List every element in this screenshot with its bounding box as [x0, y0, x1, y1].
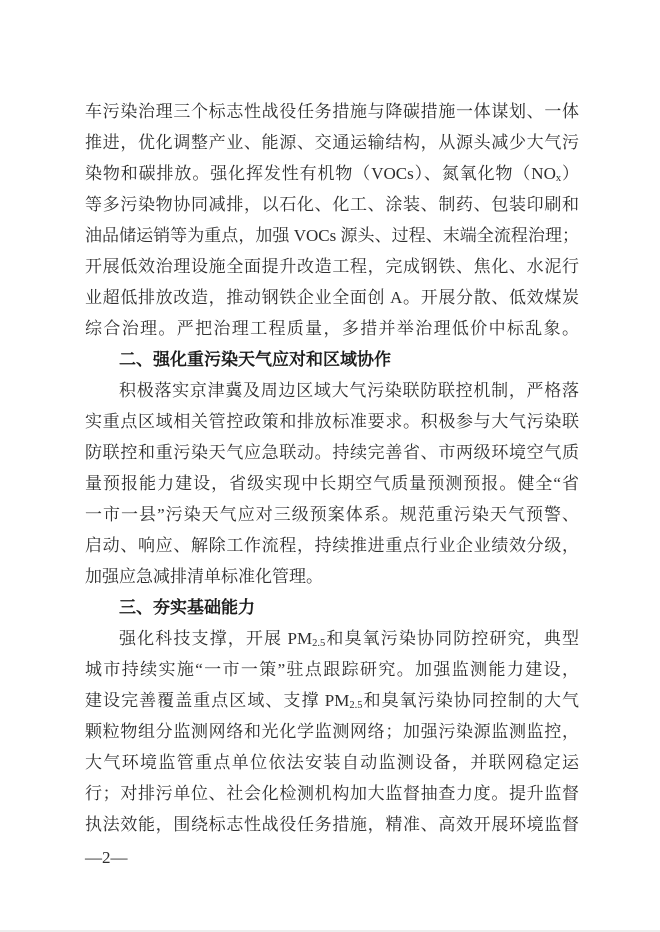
heading-line: 三、夯实基础能力	[85, 592, 579, 623]
paragraph: 积极落实京津冀及周边区域大气污染联防联控机制，严格落实重点区域相关管控政策和排放…	[85, 375, 579, 592]
text-segment: 建设完善覆盖重点区域、支撑 PM	[85, 691, 349, 710]
paragraph: 强化科技支撑，开展 PM2.5和臭氧污染协同防控研究，典型城市持续实施“一市一策…	[85, 623, 579, 840]
text-segment: 量预报能力建设，省级实现中长期空气质量预测预报。健全“省	[85, 474, 579, 493]
paragraph: 车污染治理三个标志性战役任务措施与降碳措施一体谋划、一体推进，优化调整产业、能源…	[85, 96, 579, 344]
section-heading: 二、强化重污染天气应对和区域协作	[85, 344, 579, 375]
text-segment: 强化科技支撑，开展 PM	[119, 629, 312, 648]
text-segment: 启动、响应、解除工作流程，持续推进重点行业企业绩效分级，	[85, 536, 579, 555]
text-line: 建设完善覆盖重点区域、支撑 PM2.5和臭氧污染协同控制的大气	[85, 685, 579, 716]
text-segment: 城市持续实施“一市一策”驻点跟踪研究。加强监测能力建设，	[85, 660, 579, 679]
text-segment: 等多污染物协同减排，以石化、化工、涂装、制药、包装印刷和	[85, 195, 579, 214]
text-segment: 和臭氧污染协同控制的大气	[363, 691, 579, 710]
document-body: 车污染治理三个标志性战役任务措施与降碳措施一体谋划、一体推进，优化调整产业、能源…	[85, 96, 579, 873]
text-segment: 执法效能，围绕标志性战役任务措施，精准、高效开展环境监督	[85, 815, 579, 834]
heading-line: 二、强化重污染天气应对和区域协作	[85, 344, 579, 375]
text-line: 量预报能力建设，省级实现中长期空气质量预测预报。健全“省	[85, 468, 579, 499]
text-line: 业超低排放改造，推动钢铁企业全面创 A。开展分散、低效煤炭	[85, 282, 579, 313]
text-segment: 推进，优化调整产业、能源、交通运输结构，从源头减少大气污	[85, 133, 579, 152]
text-line: 染物和碳排放。强化挥发性有机物（VOCs）、氮氧化物（NOx）	[85, 158, 579, 189]
text-line: 大气环境监管重点单位依法安装自动监测设备，并联网稳定运	[85, 747, 579, 778]
text-segment: 颗粒物组分监测网络和光化学监测网络；加强污染源监测监控，	[85, 722, 579, 741]
text-line: 加强应急减排清单标准化管理。	[85, 561, 579, 592]
text-segment: 行；对排污单位、社会化检测机构加大监督抽查力度。提升监督	[85, 784, 579, 803]
text-line: 防联控和重污染天气应急联动。持续完善省、市两级环境空气质	[85, 437, 579, 468]
text-segment: ）	[561, 164, 579, 183]
text-line: 行；对排污单位、社会化检测机构加大监督抽查力度。提升监督	[85, 778, 579, 809]
text-segment: 一市一县”污染天气应对三级预案体系。规范重污染天气预警、	[85, 505, 579, 524]
subscript: x	[556, 173, 561, 184]
text-line: 积极落实京津冀及周边区域大气污染联防联控机制，严格落	[85, 375, 579, 406]
text-line: 综合治理。严把治理工程质量，多措并举治理低价中标乱象。	[85, 313, 579, 344]
text-line: 执法效能，围绕标志性战役任务措施，精准、高效开展环境监督	[85, 809, 579, 840]
text-line: 推进，优化调整产业、能源、交通运输结构，从源头减少大气污	[85, 127, 579, 158]
section-heading: 三、夯实基础能力	[85, 592, 579, 623]
subscript: 2.5	[312, 638, 325, 649]
text-line: 车污染治理三个标志性战役任务措施与降碳措施一体谋划、一体	[85, 96, 579, 127]
text-line: 城市持续实施“一市一策”驻点跟踪研究。加强监测能力建设，	[85, 654, 579, 685]
text-line: 开展低效治理设施全面提升改造工程，完成钢铁、焦化、水泥行	[85, 251, 579, 282]
text-segment: 和臭氧污染协同防控研究，典型	[325, 629, 579, 648]
text-segment: 积极落实京津冀及周边区域大气污染联防联控机制，严格落	[119, 381, 579, 400]
text-segment: 二、强化重污染天气应对和区域协作	[119, 350, 391, 369]
text-line: 强化科技支撑，开展 PM2.5和臭氧污染协同防控研究，典型	[85, 623, 579, 654]
text-line: 实重点区域相关管控政策和排放标准要求。积极参与大气污染联	[85, 406, 579, 437]
text-segment: 防联控和重污染天气应急联动。持续完善省、市两级环境空气质	[85, 443, 579, 462]
text-line: 油品储运销等为重点，加强 VOCs 源头、过程、末端全流程治理；	[85, 220, 579, 251]
text-line: 颗粒物组分监测网络和光化学监测网络；加强污染源监测监控，	[85, 716, 579, 747]
text-line: 启动、响应、解除工作流程，持续推进重点行业企业绩效分级，	[85, 530, 579, 561]
text-segment: 油品储运销等为重点，加强 VOCs 源头、过程、末端全流程治理；	[85, 226, 579, 245]
text-line: 一市一县”污染天气应对三级预案体系。规范重污染天气预警、	[85, 499, 579, 530]
text-segment: 综合治理。严把治理工程质量，多措并举治理低价中标乱象。	[85, 319, 579, 338]
text-segment: 业超低排放改造，推动钢铁企业全面创 A。开展分散、低效煤炭	[85, 288, 579, 307]
text-segment: 开展低效治理设施全面提升改造工程，完成钢铁、焦化、水泥行	[85, 257, 579, 276]
text-segment: 加强应急减排清单标准化管理。	[85, 567, 323, 586]
text-segment: 大气环境监管重点单位依法安装自动监测设备，并联网稳定运	[85, 753, 579, 772]
text-segment: 三、夯实基础能力	[119, 598, 255, 617]
text-line: 等多污染物协同减排，以石化、化工、涂装、制药、包装印刷和	[85, 189, 579, 220]
text-segment: 染物和碳排放。强化挥发性有机物（VOCs）、氮氧化物（NO	[85, 164, 556, 183]
text-segment: 车污染治理三个标志性战役任务措施与降碳措施一体谋划、一体	[85, 102, 579, 121]
subscript: 2.5	[349, 700, 362, 711]
page-number: —2—	[85, 842, 579, 873]
text-segment: 实重点区域相关管控政策和排放标准要求。积极参与大气污染联	[85, 412, 579, 431]
document-page: 车污染治理三个标志性战役任务措施与降碳措施一体谋划、一体推进，优化调整产业、能源…	[0, 0, 660, 932]
